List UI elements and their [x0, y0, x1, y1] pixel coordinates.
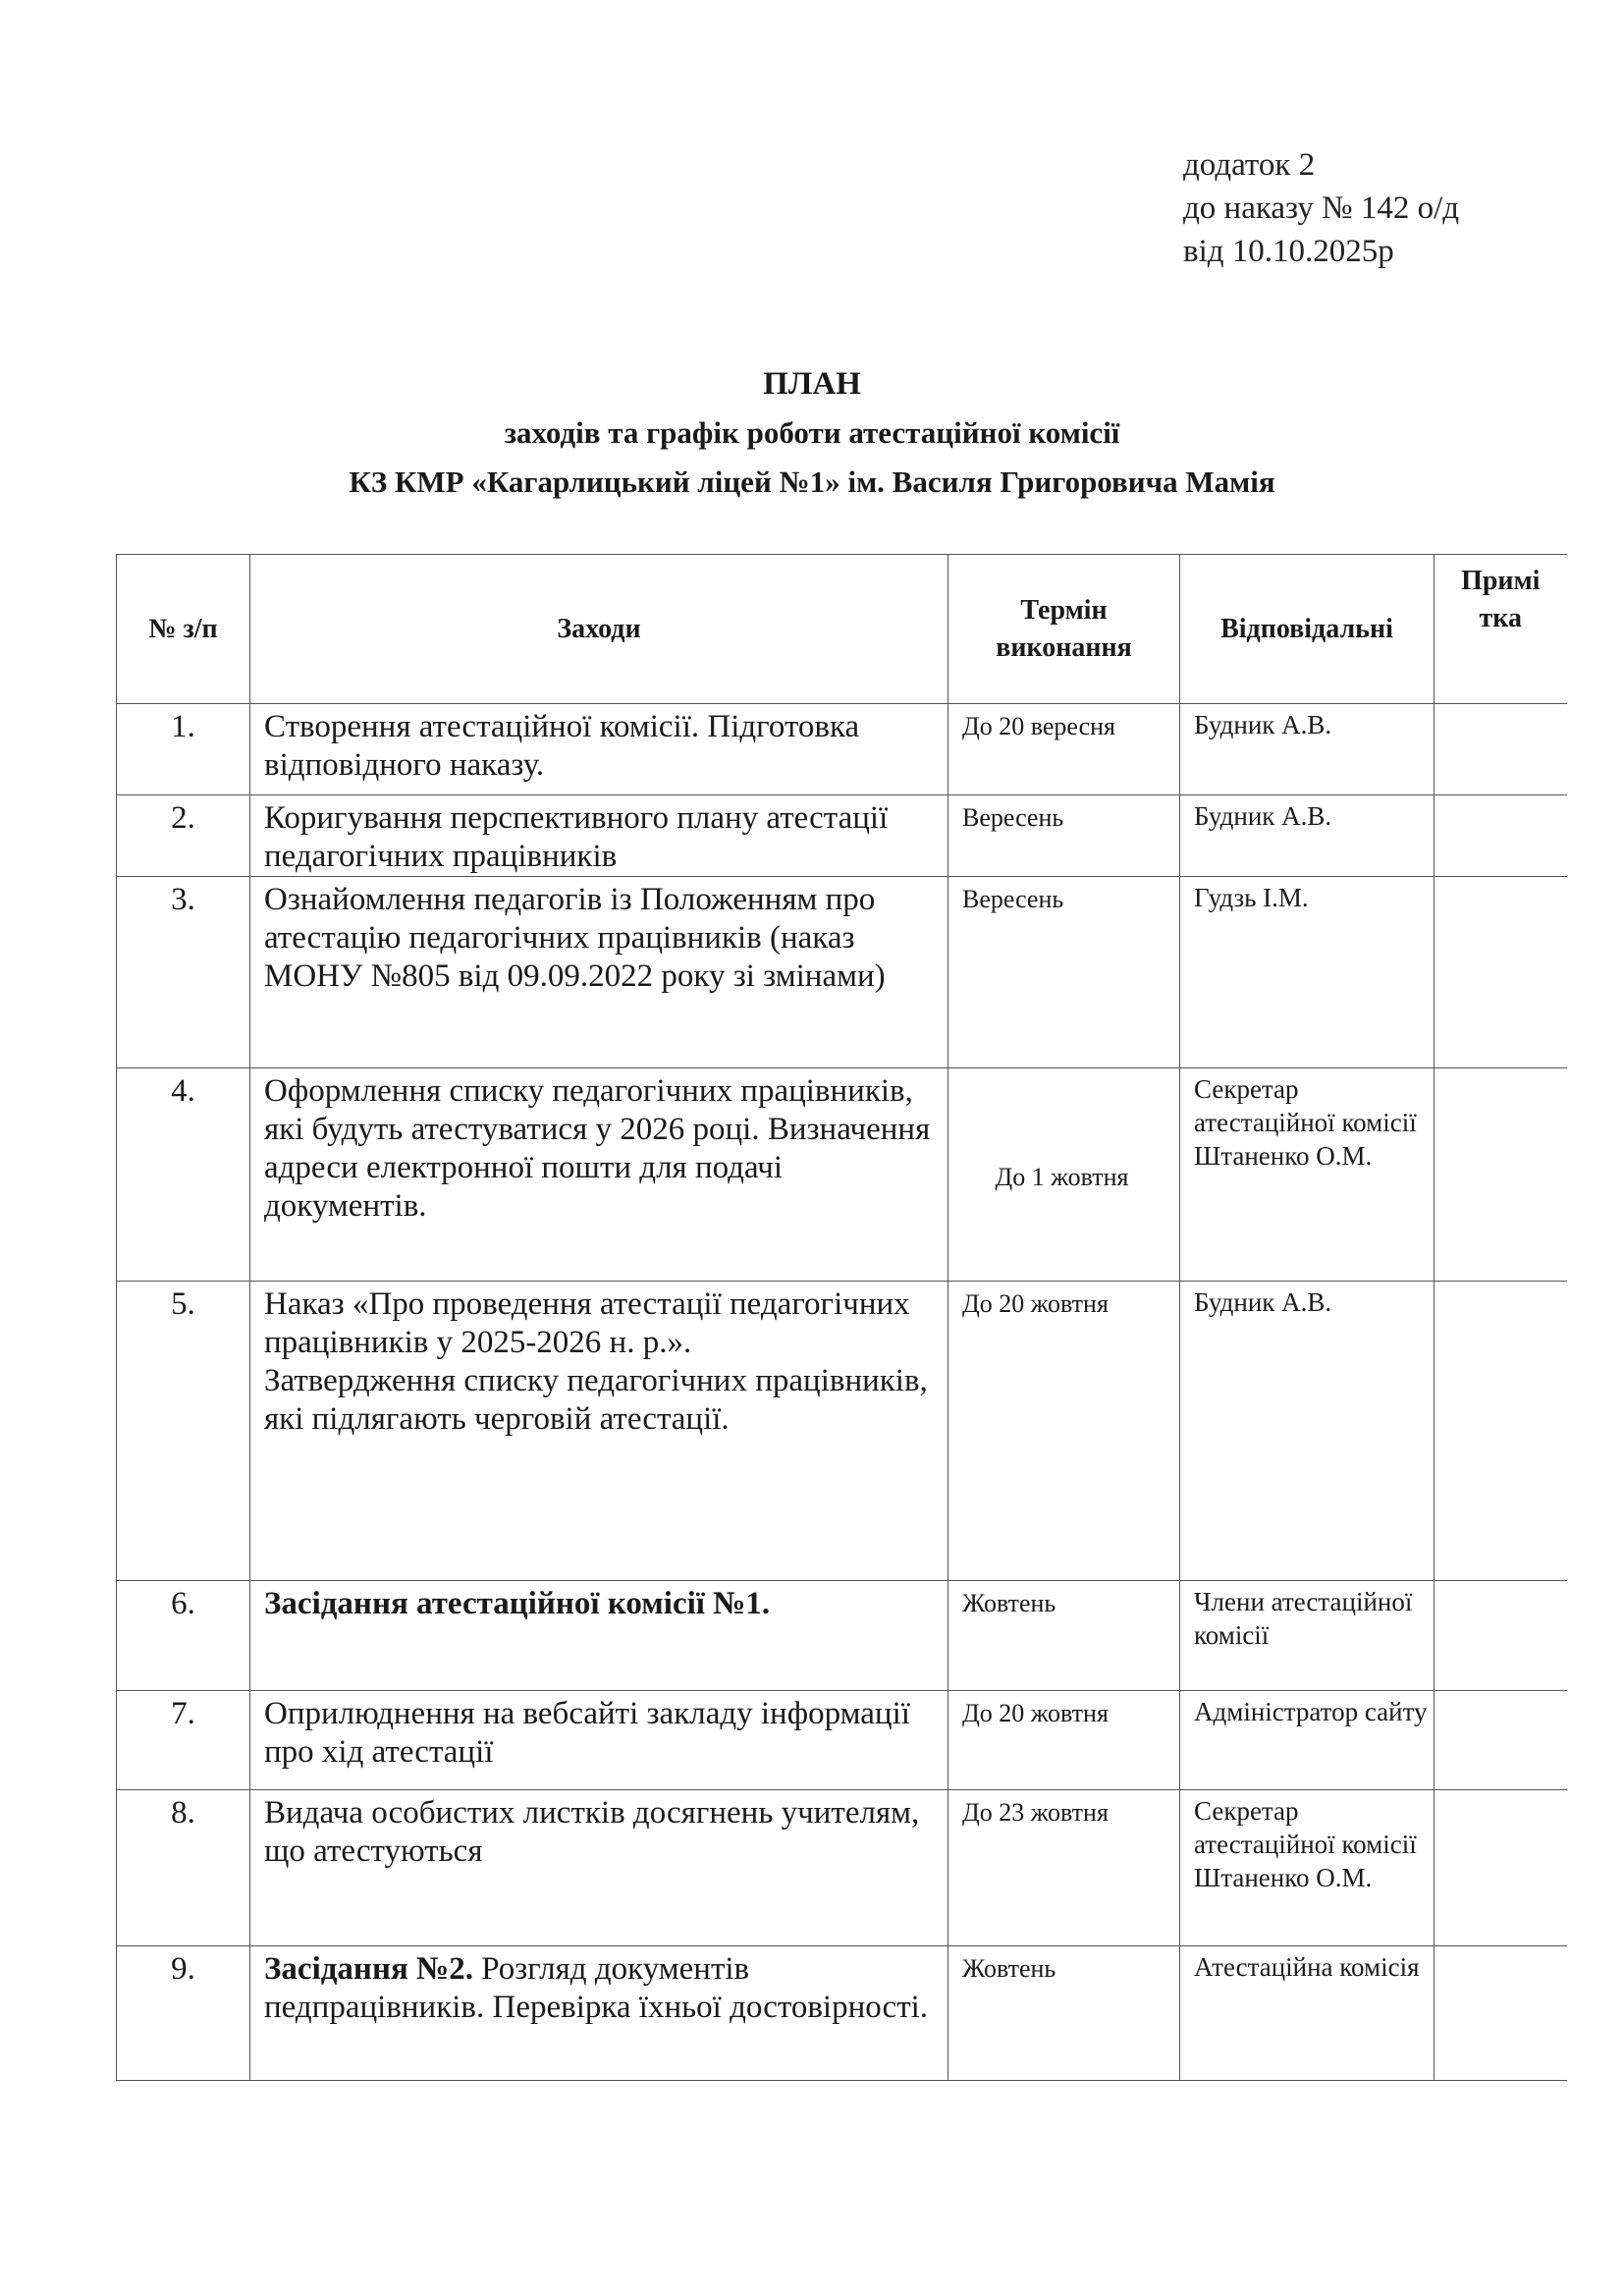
row-responsible: Будник А.В.: [1180, 795, 1435, 877]
row-activity: Засідання №2. Розгляд документів педпрац…: [250, 1946, 948, 2081]
header-num: № з/п: [117, 555, 250, 704]
row-note: [1435, 1581, 1567, 1691]
row-num: 9.: [117, 1946, 250, 2081]
row-num: 5.: [117, 1282, 250, 1581]
row-note: [1435, 795, 1567, 877]
title-plan: ПЛАН: [0, 359, 1624, 409]
row-responsible: Секретар атестаційної комісії Штаненко О…: [1180, 1068, 1435, 1282]
table-row: 3. Ознайомлення педагогів із Положенням …: [117, 877, 1567, 1068]
table-row: 8. Видача особистих листків досягнень уч…: [117, 1790, 1567, 1946]
row-responsible: Члени атестаційної комісії: [1180, 1581, 1435, 1691]
row-responsible: Будник А.В.: [1180, 1282, 1435, 1581]
row-responsible: Секретар атестаційної комісії Штаненко О…: [1180, 1790, 1435, 1946]
row-term: До 20 жовтня: [948, 1691, 1180, 1790]
row-note: [1435, 1790, 1567, 1946]
row-note: [1435, 877, 1567, 1068]
table-row: 7. Оприлюднення на вебсайті закладу інфо…: [117, 1691, 1567, 1790]
row-activity: Видача особистих листків досягнень учите…: [250, 1790, 948, 1946]
row-activity: Створення атестаційної комісії. Підготов…: [250, 704, 948, 795]
table-row: 5. Наказ «Про проведення атестації педаг…: [117, 1282, 1567, 1581]
row-responsible: Будник А.В.: [1180, 704, 1435, 795]
table-row: 2. Коригування перспективного плану атес…: [117, 795, 1567, 877]
row-note: [1435, 704, 1567, 795]
header-responsible: Відповідальні: [1180, 555, 1435, 704]
row-term: Жовтень: [948, 1946, 1180, 2081]
header-note: Примі тка: [1435, 555, 1567, 704]
row-term: До 20 жовтня: [948, 1282, 1180, 1581]
header-term: Термін виконання: [948, 555, 1180, 704]
row-term: Жовтень: [948, 1581, 1180, 1691]
row-activity: Наказ «Про проведення атестації педагогі…: [250, 1282, 948, 1581]
row-num: 8.: [117, 1790, 250, 1946]
annex-reference: додаток 2 до наказу № 142 о/д від 10.10.…: [1183, 143, 1459, 273]
order-date: від 10.10.2025р: [1183, 230, 1459, 273]
document-title: ПЛАН заходів та графік роботи атестаційн…: [0, 359, 1624, 507]
table-row: 9. Засідання №2. Розгляд документів педп…: [117, 1946, 1567, 2081]
row-num: 3.: [117, 877, 250, 1068]
table-row: 4. Оформлення списку педагогічних праців…: [117, 1068, 1567, 1282]
row-term: Вересень: [948, 795, 1180, 877]
row-note: [1435, 1282, 1567, 1581]
table-header-row: № з/п Заходи Термін виконання Відповідал…: [117, 555, 1567, 704]
title-subtitle: заходів та графік роботи атестаційної ко…: [0, 409, 1624, 458]
row-activity: Засідання атестаційної комісії №1.: [250, 1581, 948, 1691]
row-activity: Оприлюднення на вебсайті закладу інформа…: [250, 1691, 948, 1790]
plan-table: № з/п Заходи Термін виконання Відповідал…: [116, 554, 1567, 2081]
row-activity: Коригування перспективного плану атестац…: [250, 795, 948, 877]
row-activity: Оформлення списку педагогічних працівник…: [250, 1068, 948, 1282]
table-row: 1. Створення атестаційної комісії. Підго…: [117, 704, 1567, 795]
row-activity: Ознайомлення педагогів із Положенням про…: [250, 877, 948, 1068]
title-institution: КЗ КМР «Кагарлицький ліцей №1» ім. Васил…: [0, 458, 1624, 507]
row-num: 2.: [117, 795, 250, 877]
row-activity-bold: Засідання атестаційної комісії №1.: [264, 1586, 770, 1621]
row-num: 1.: [117, 704, 250, 795]
header-activity: Заходи: [250, 555, 948, 704]
row-term: До 1 жовтня: [948, 1068, 1180, 1282]
row-activity-order: Наказ «Про проведення атестації педагогі…: [264, 1285, 940, 1362]
row-num: 6.: [117, 1581, 250, 1691]
row-note: [1435, 1068, 1567, 1282]
row-term: Вересень: [948, 877, 1180, 1068]
table-row: 6. Засідання атестаційної комісії №1. Жо…: [117, 1581, 1567, 1691]
order-reference: до наказу № 142 о/д: [1183, 187, 1459, 230]
row-activity-bold: Засідання №2.: [264, 1951, 473, 1987]
row-num: 7.: [117, 1691, 250, 1790]
annex-number: додаток 2: [1183, 143, 1459, 187]
row-term: До 23 жовтня: [948, 1790, 1180, 1946]
row-term: До 20 вересня: [948, 704, 1180, 795]
row-responsible: Адміністратор сайту: [1180, 1691, 1435, 1790]
row-responsible: Атестаційна комісія: [1180, 1946, 1435, 2081]
row-responsible: Гудзь І.М.: [1180, 877, 1435, 1068]
row-activity-approval: Затвердження списку педагогічних працівн…: [264, 1362, 940, 1439]
row-note: [1435, 1946, 1567, 2081]
row-num: 4.: [117, 1068, 250, 1282]
row-note: [1435, 1691, 1567, 1790]
